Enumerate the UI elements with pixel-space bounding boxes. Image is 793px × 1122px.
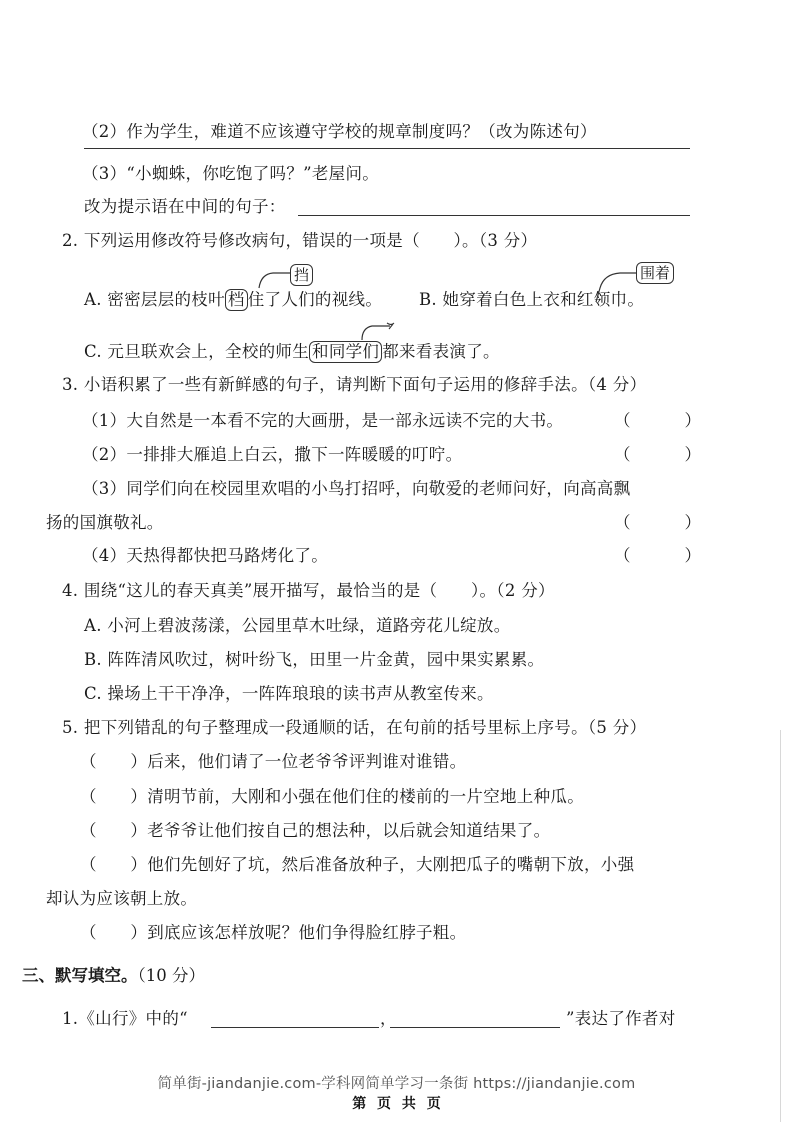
question-5-sentence-1: （ ）后来，他们请了一位老爷爷评判谁对谁错。 (80, 751, 466, 773)
question-4-option-a: A. 小河上碧波荡漾，公园里草木吐绿，道路旁花儿绽放。 (84, 615, 511, 637)
fill-blank-1[interactable] (211, 1027, 379, 1028)
question-5-sentence-4-cont: 却认为应该朝上放。 (46, 888, 197, 910)
deletion-mark-c (360, 320, 400, 342)
order-paren[interactable]: （ ） (80, 787, 147, 806)
sub-text: “小蜘蛛，你吃饱了吗？”老屋问。 (126, 164, 379, 183)
question-1-sub2: （2）作为学生，难道不应该遵守学校的规章制度吗？（改为陈述句） (82, 121, 597, 143)
question-2-option-c: C. 元旦联欢会上，全校的师生和同学们都来看表演了。 (84, 341, 500, 363)
correction-arrow-b (590, 268, 640, 308)
question-3-item-1: （1）大自然是一本看不完的大画册，是一部永远读不完的大书。 (82, 410, 563, 432)
part-3-question-1-suffix: ”表达了作者对 (566, 1008, 676, 1030)
question-1-sub3: （3）“小蜘蛛，你吃饱了吗？”老屋问。 (82, 163, 379, 185)
answer-line[interactable] (84, 148, 690, 149)
question-3-item-4: （4）天热得都快把马路烤化了。 (82, 545, 328, 567)
correction-insert-b: 围着 (636, 262, 674, 284)
question-3-item-3-cont: 扬的国旗敬礼。 (46, 512, 164, 534)
page-edge-line (780, 730, 781, 1122)
question-2-option-a: A. 密密层层的枝叶档住了人们的视线。 (84, 289, 382, 311)
question-4-option-c: C. 操场上干干净净，一阵阵琅琅的读书声从教室传来。 (84, 683, 494, 705)
footer-page-number: 第 页 共 页 (0, 1093, 793, 1113)
sub-label: （3） (82, 164, 126, 183)
answer-paren[interactable]: （） (614, 545, 701, 567)
answer-paren[interactable]: （） (614, 410, 701, 432)
part-3-question-1: 1.《山行》中的“ (62, 1008, 188, 1030)
question-1-sub3-prompt: 改为提示语在中间的句子： (84, 196, 286, 218)
question-3-item-3: （3）同学们向在校园里欢唱的小鸟打招呼，向敬爱的老师问好，向高高飘 (82, 478, 630, 500)
question-4-option-b: B. 阵阵清风吹过，树叶纷飞，田里一片金黄，园中果实累累。 (84, 649, 544, 671)
answer-paren[interactable]: （） (614, 444, 701, 466)
order-paren[interactable]: （ ） (80, 855, 147, 874)
question-3-stem: 3. 小语积累了一些有新鲜感的句子，请判断下面句子运用的修辞手法。（4 分） (62, 374, 646, 396)
footer-watermark: 简单街-jiandanjie.com-学科网简单学习一条街 https://ji… (0, 1072, 793, 1093)
question-5-sentence-2: （ ）清明节前，大刚和小强在他们住的楼前的一片空地上种瓜。 (80, 786, 584, 808)
question-4-stem: 4. 围绕“这儿的春天真美”展开描写，最恰当的是（ ）。（2 分） (62, 580, 555, 602)
order-paren[interactable]: （ ） (80, 821, 147, 840)
question-5-sentence-5: （ ）到底应该怎样放呢？他们争得脸红脖子粗。 (80, 922, 466, 944)
order-paren[interactable]: （ ） (80, 752, 147, 771)
question-2-stem: 2. 下列运用修改符号修改病句，错误的一项是（ ）。（3 分） (62, 230, 537, 252)
question-3-item-2: （2）一排排大雁追上白云，撒下一阵暖暖的叮咛。 (82, 444, 462, 466)
sub-label: （2） (82, 122, 126, 141)
correction-arrow-a (255, 270, 295, 292)
deleted-phrase-box: 和同学们 (309, 341, 382, 363)
order-paren[interactable]: （ ） (80, 923, 147, 942)
question-5-sentence-3: （ ）老爷爷让他们按自己的想法种，以后就会知道结果了。 (80, 820, 550, 842)
answer-paren[interactable]: （） (614, 512, 701, 534)
fill-blank-2[interactable] (390, 1027, 560, 1028)
deleted-word-box: 档 (225, 289, 248, 311)
question-5-sentence-4: （ ）他们先刨好了坑，然后准备放种子，大刚把瓜子的嘴朝下放，小强 (80, 854, 634, 876)
question-5-stem: 5. 把下列错乱的句子整理成一段通顺的话，在句前的括号里标上序号。（5 分） (62, 717, 646, 739)
sub-text: 作为学生，难道不应该遵守学校的规章制度吗？（改为陈述句） (126, 122, 596, 141)
section-3-heading: 三、默写填空。（10 分） (22, 965, 205, 987)
answer-line[interactable] (298, 215, 690, 216)
